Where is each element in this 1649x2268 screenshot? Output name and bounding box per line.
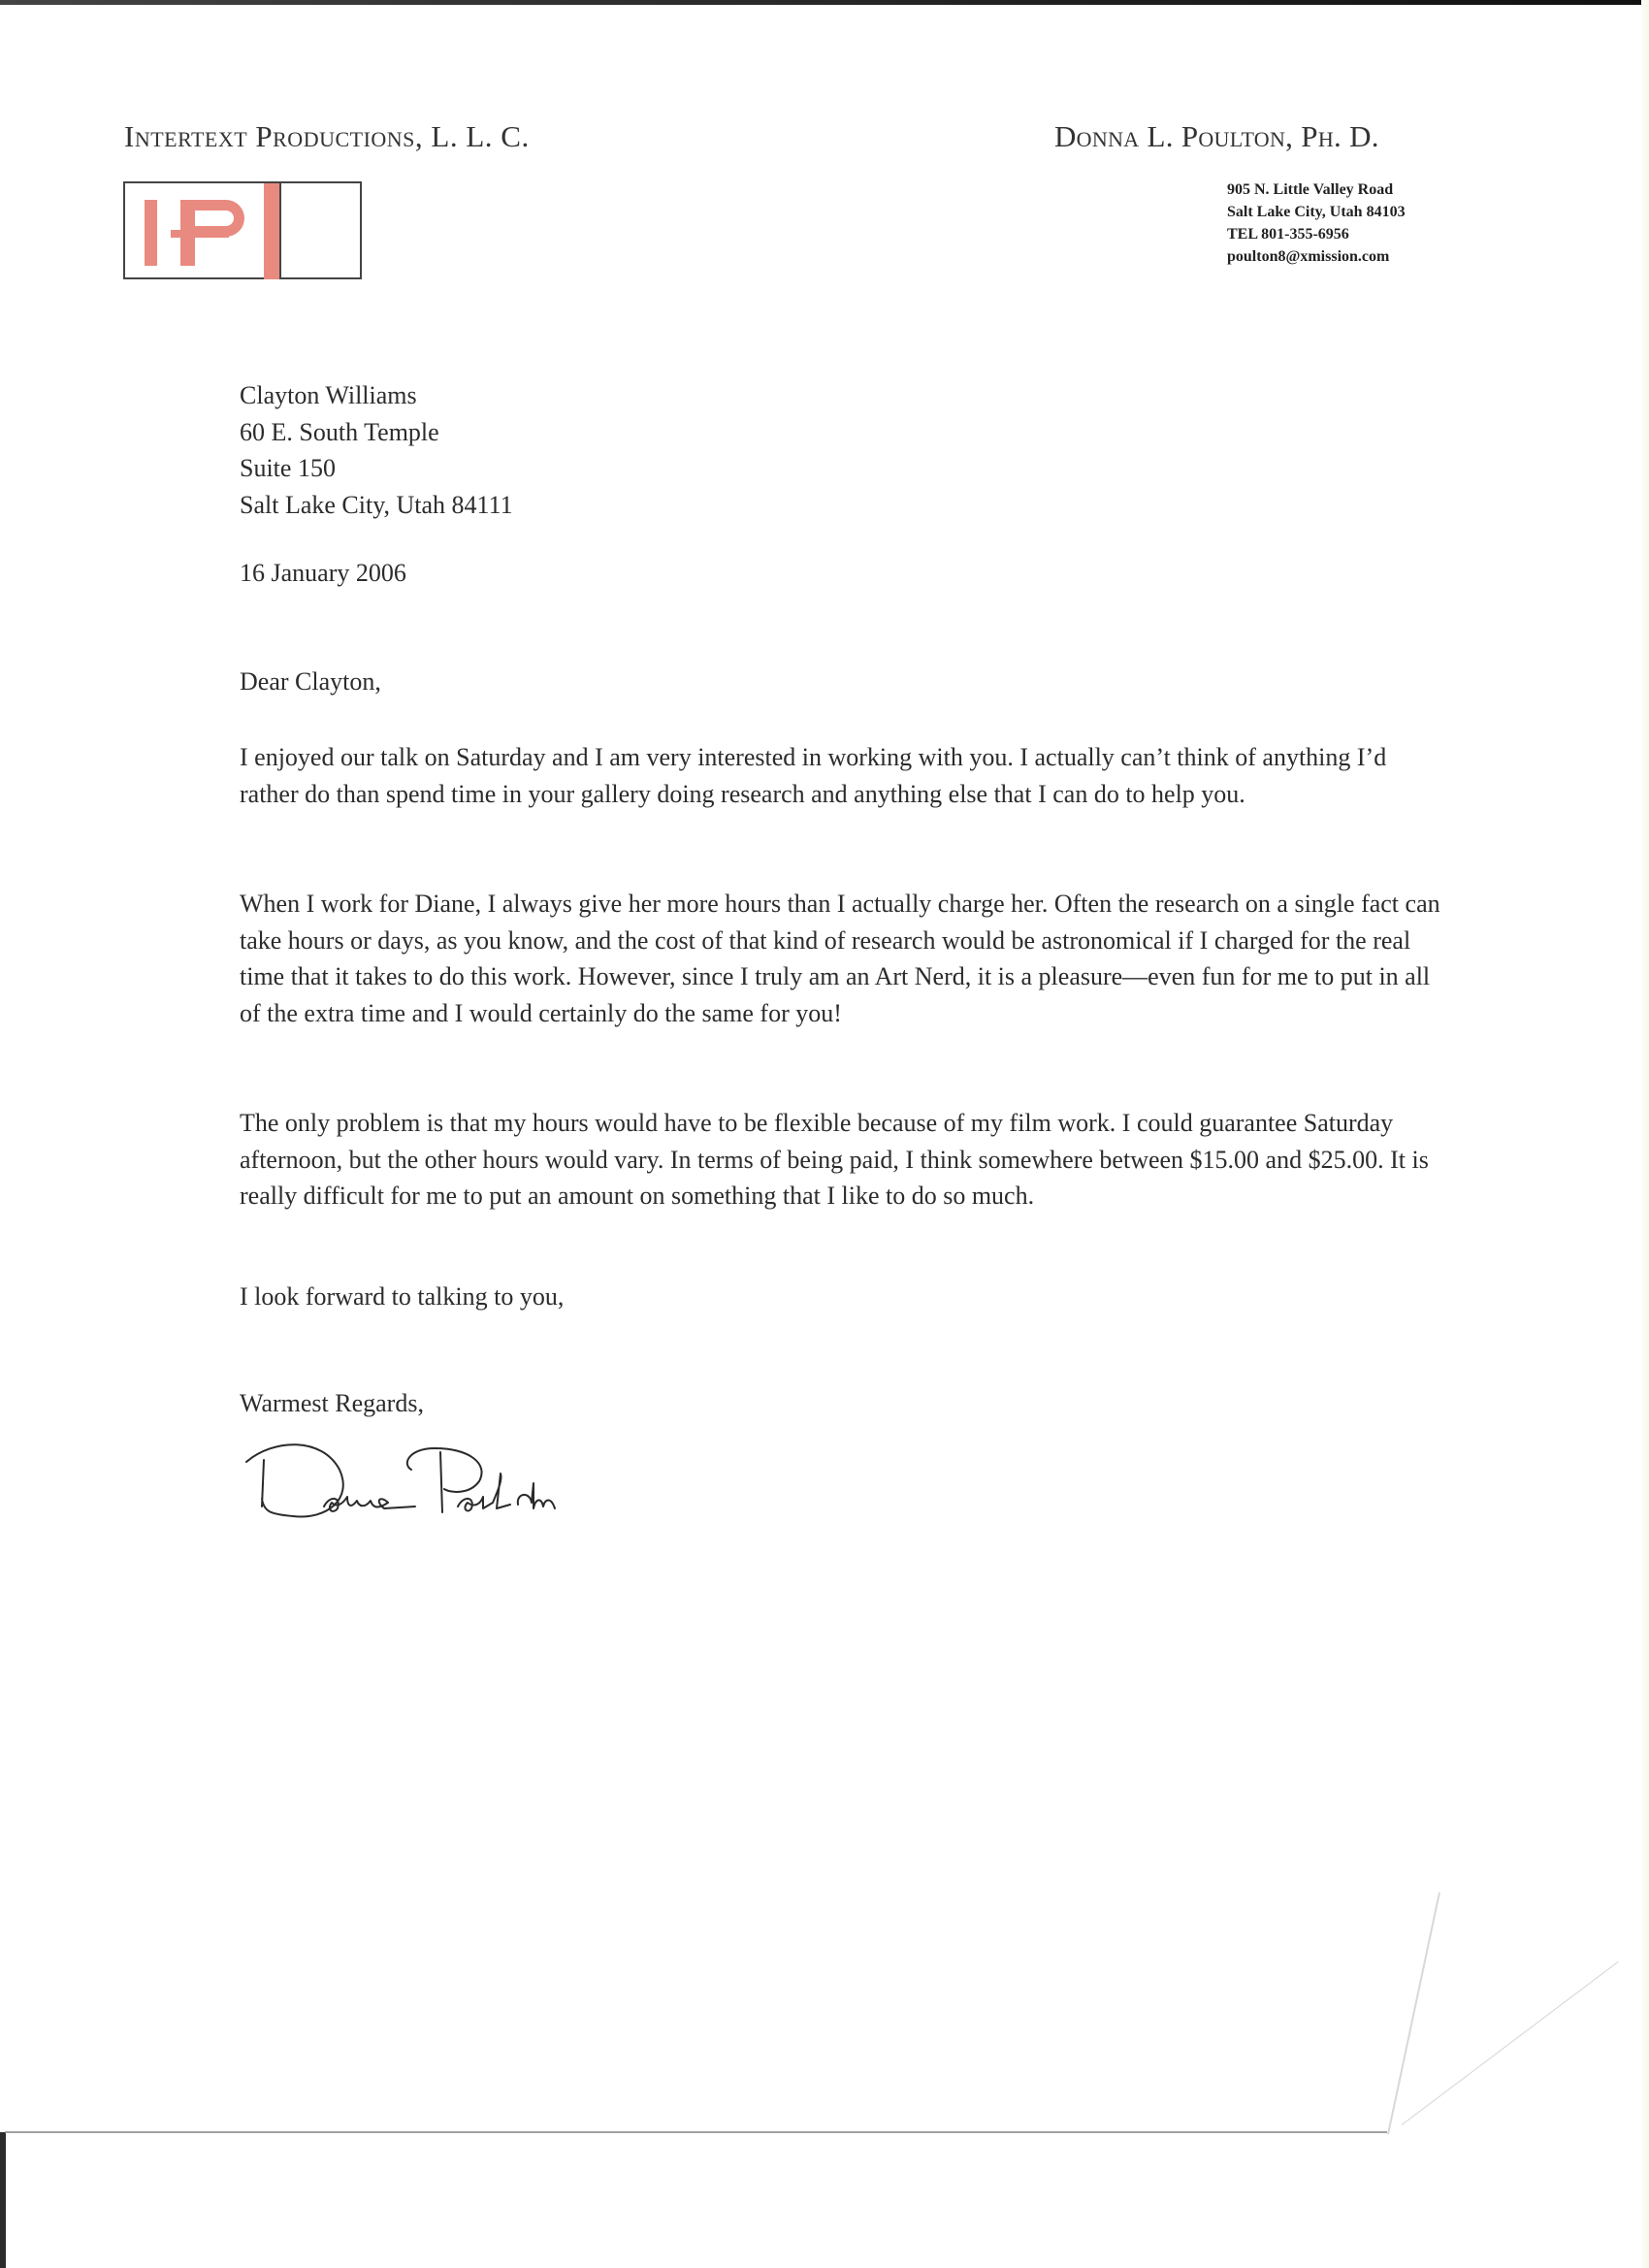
recipient-name: Clayton Williams xyxy=(240,377,513,414)
scan-edge-right xyxy=(1641,0,1649,2268)
author-name: Donna L. Poulton, Ph. D. xyxy=(1054,119,1379,154)
letter-date: 16 January 2006 xyxy=(240,559,406,588)
scan-edge-left xyxy=(0,2132,6,2268)
complimentary-close: Warmest Regards, xyxy=(240,1389,424,1418)
contact-block: 905 N. Little Valley Road Salt Lake City… xyxy=(1227,178,1406,268)
contact-email: poulton8@xmission.com xyxy=(1227,245,1406,268)
body-paragraph: When I work for Diane, I always give her… xyxy=(240,886,1442,1031)
recipient-suite: Suite 150 xyxy=(240,450,513,487)
contact-phone: TEL 801-355-6956 xyxy=(1227,223,1406,245)
page-bottom-edge xyxy=(5,2131,1387,2133)
body-paragraph: I enjoyed our talk on Saturday and I am … xyxy=(240,739,1442,812)
logo-bar xyxy=(264,183,280,279)
scan-edge-top xyxy=(0,0,1649,5)
logo-letter-i xyxy=(145,200,157,266)
closing-line: I look forward to talking to you, xyxy=(240,1282,564,1312)
company-logo xyxy=(123,181,362,279)
contact-city: Salt Lake City, Utah 84103 xyxy=(1227,201,1406,223)
body-paragraph: The only problem is that my hours would … xyxy=(240,1105,1442,1215)
recipient-street: 60 E. South Temple xyxy=(240,414,513,451)
recipient-address: Clayton Williams 60 E. South Temple Suit… xyxy=(240,377,513,523)
page-fold-line xyxy=(1402,1961,1619,2125)
signature: Donna Poulton xyxy=(225,1431,594,1523)
company-name: Intertext Productions, L. L. C. xyxy=(124,119,530,154)
recipient-city: Salt Lake City, Utah 84111 xyxy=(240,487,513,524)
contact-street: 905 N. Little Valley Road xyxy=(1227,178,1406,201)
page-fold-line xyxy=(1387,1893,1440,2135)
salutation: Dear Clayton, xyxy=(240,667,381,697)
